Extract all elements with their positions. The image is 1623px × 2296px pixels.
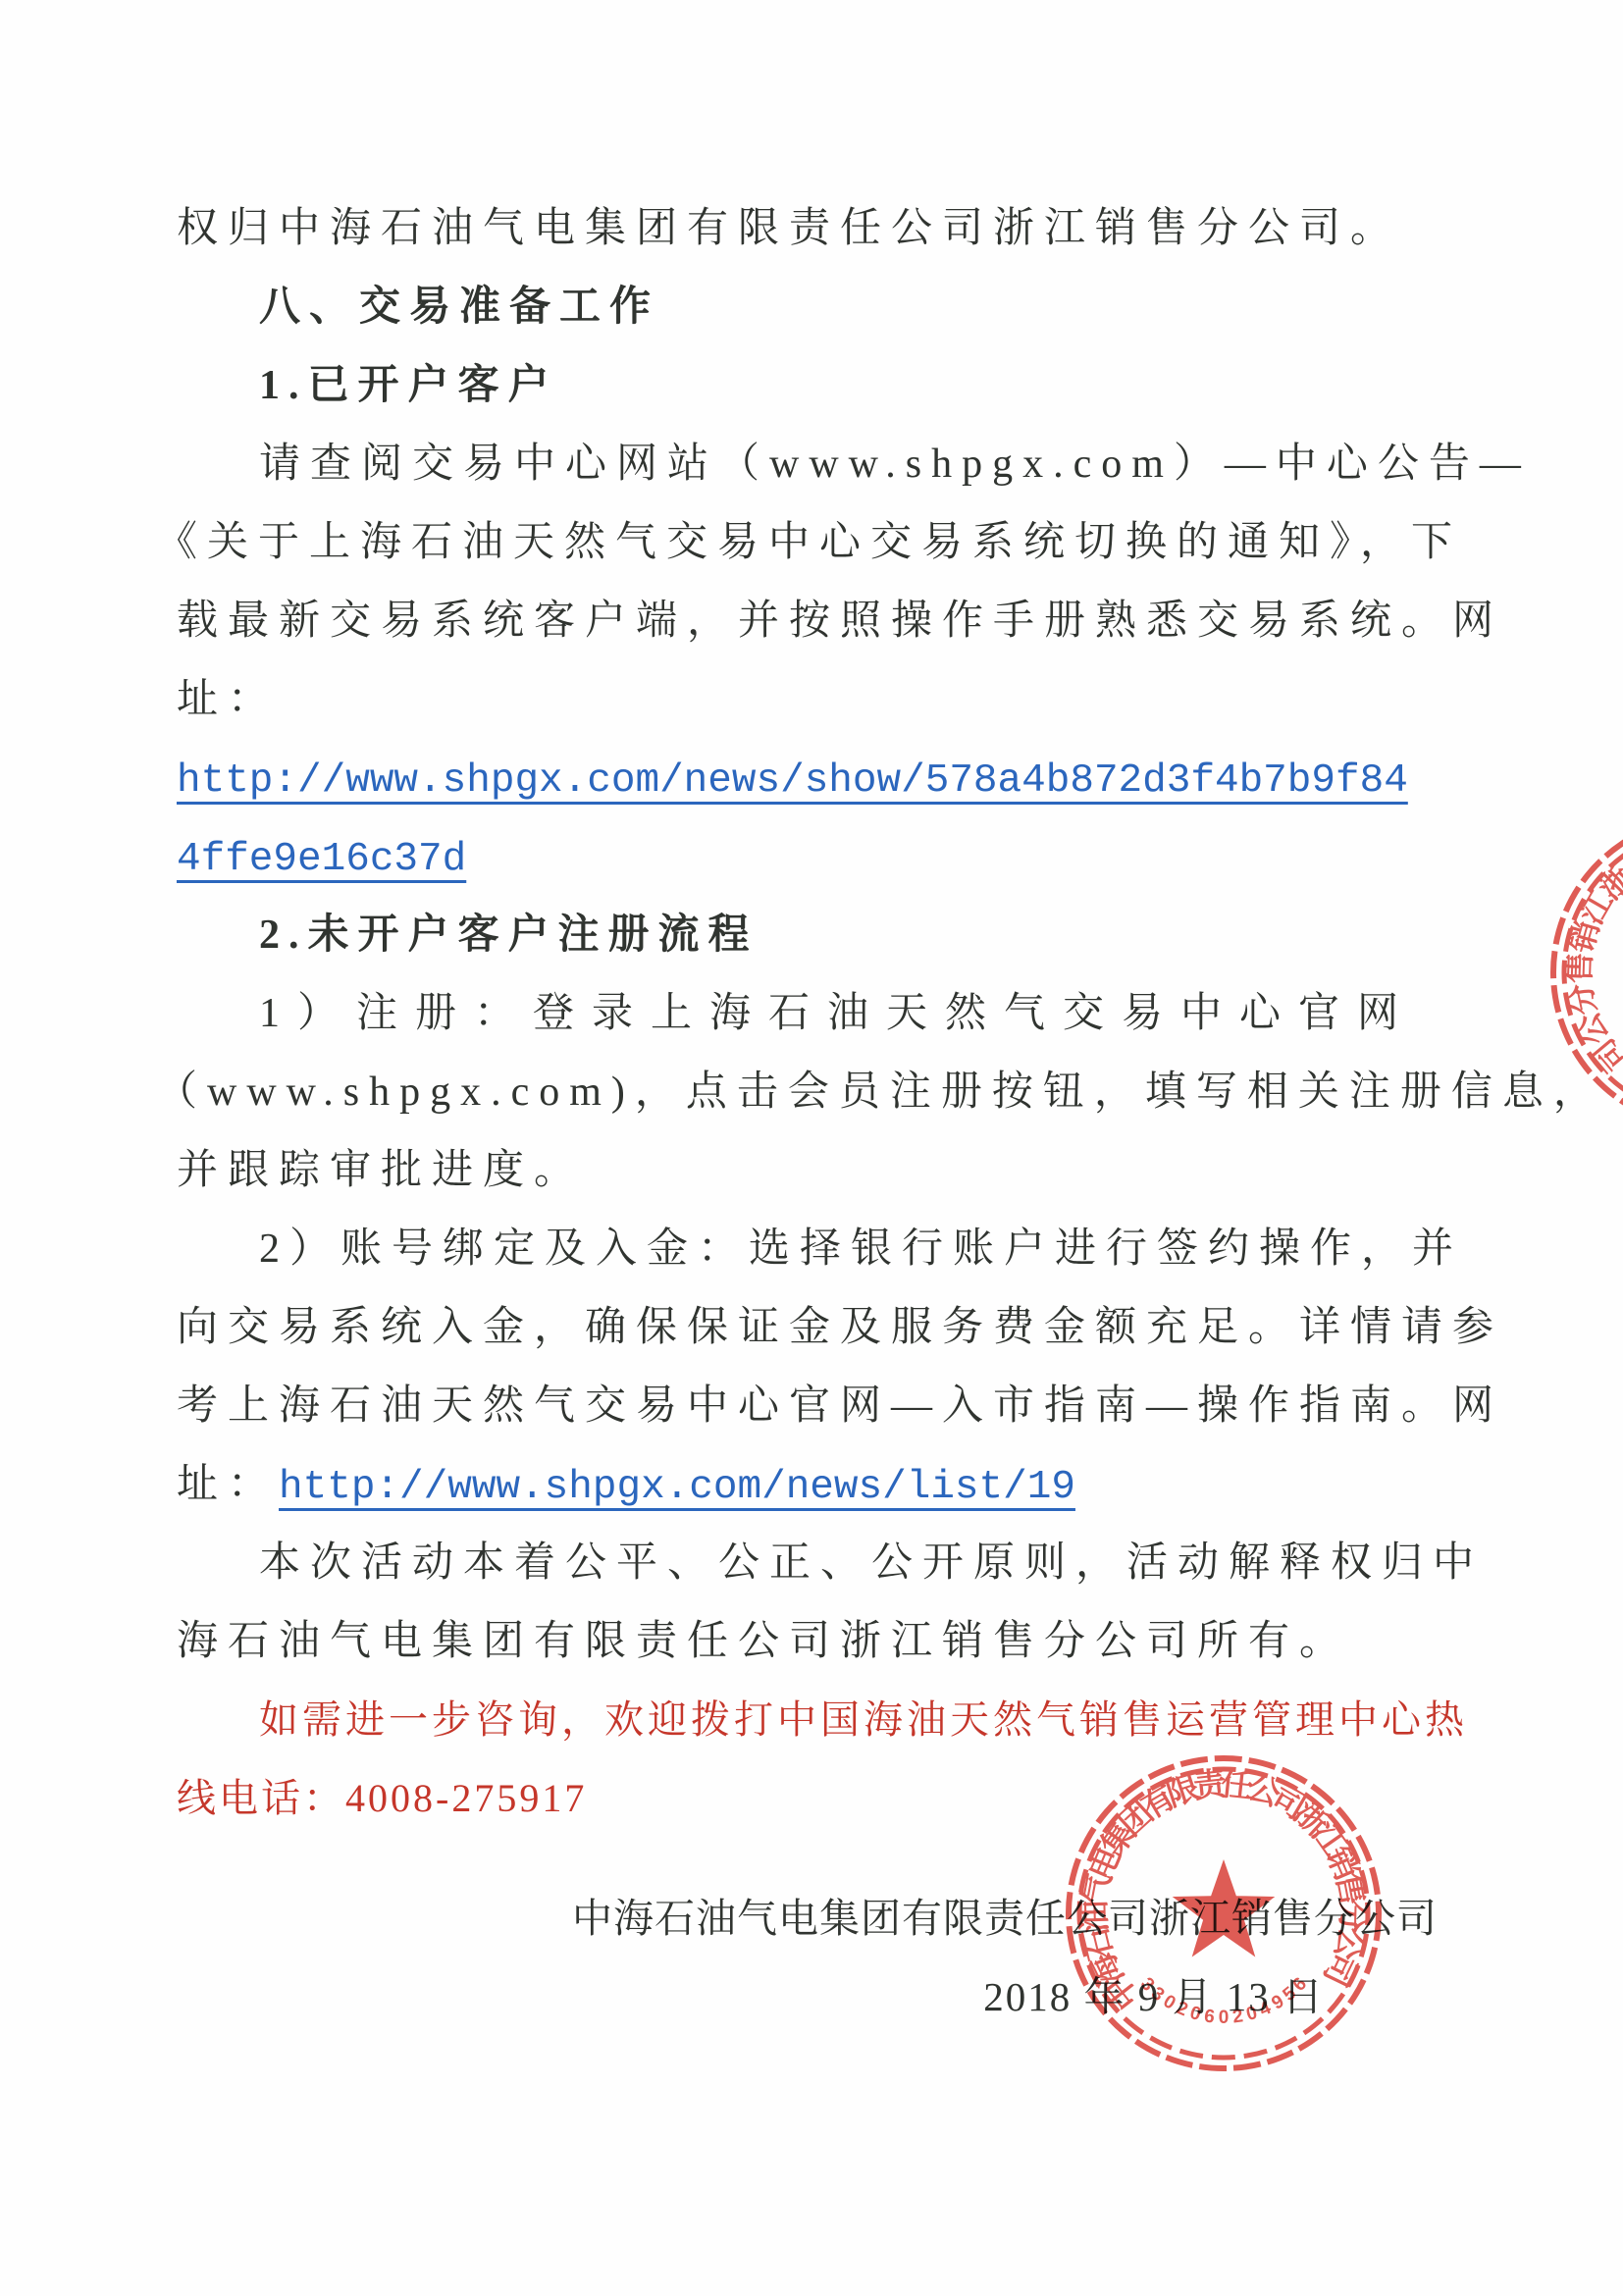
svg-text:售: 售 (1561, 952, 1597, 984)
doc-line: 《关于上海石油天然气交易中心交易系统切换的通知》，下 (156, 503, 1492, 582)
doc-line: 向交易系统入金，确保保证金及服务费金额充足。详情请参 (177, 1288, 1492, 1367)
notice-line-red: 如需进一步咨询，欢迎拨打中国海油天然气销售运营管理中心热 (177, 1681, 1492, 1759)
doc-line-with-link: 址：http://www.shpgx.com/news/list/19 (177, 1445, 1492, 1524)
doc-line: 载最新交易系统客户端，并按照操作手册熟悉交易系统。网 (177, 582, 1492, 660)
doc-line: 考上海石油天然气交易中心官网—入市指南—操作指南。网 (177, 1367, 1492, 1445)
section-heading: 八、交易准备工作 (177, 268, 1492, 346)
doc-line: 2）账号绑定及入金：选择银行账户进行签约操作，并 (177, 1210, 1492, 1288)
link-prefix-label: 址： (177, 1462, 279, 1507)
svg-text:销: 销 (1563, 916, 1605, 957)
doc-line: 1）注册：登录上海石油天然气交易中心官网 (177, 974, 1492, 1053)
subsection-heading: 1.已开户客户 (177, 346, 1492, 425)
subsection-heading: 2.未开户客户注册流程 (177, 896, 1492, 974)
hotline-number: 线电话：4008-275917 (177, 1759, 1492, 1838)
document-body: 权归中海石油气电集团有限责任公司浙江销售分公司。 八、交易准备工作 1.已开户客… (177, 189, 1492, 2036)
signature-company: 中海石油气电集团有限责任公司浙江销售分公司 (177, 1879, 1492, 1957)
doc-line: 权归中海石油气电集团有限责任公司浙江销售分公司。 (177, 189, 1492, 268)
signature-date: 2018 年 9 月 13 日 (177, 1957, 1492, 2036)
hyperlink-news-show[interactable]: http://www.shpgx.com/news/show/578a4b872… (177, 758, 1408, 804)
doc-line: 请查阅交易中心网站（www.shpgx.com）—中心公告— (177, 425, 1492, 503)
doc-line: 本次活动本着公平、公正、公开原则，活动解释权归中 (177, 1524, 1492, 1602)
svg-text:公: 公 (1569, 1007, 1614, 1051)
hyperlink-news-list[interactable]: http://www.shpgx.com/news/list/19 (279, 1465, 1075, 1510)
svg-text:江: 江 (1573, 885, 1619, 930)
doc-line: 址： (177, 660, 1492, 739)
doc-line: （www.shpgx.com)，点击会员注册按钮，填写相关注册信息， (156, 1053, 1492, 1131)
svg-text:分: 分 (1561, 980, 1602, 1018)
hyperlink-news-show-wrap[interactable]: 4ffe9e16c37d (177, 837, 466, 882)
doc-line: 并跟踪审批进度。 (177, 1131, 1492, 1210)
doc-line: 海石油气电集团有限责任公司浙江销售分公司所有。 (177, 1602, 1492, 1681)
svg-text:浙: 浙 (1592, 860, 1623, 907)
